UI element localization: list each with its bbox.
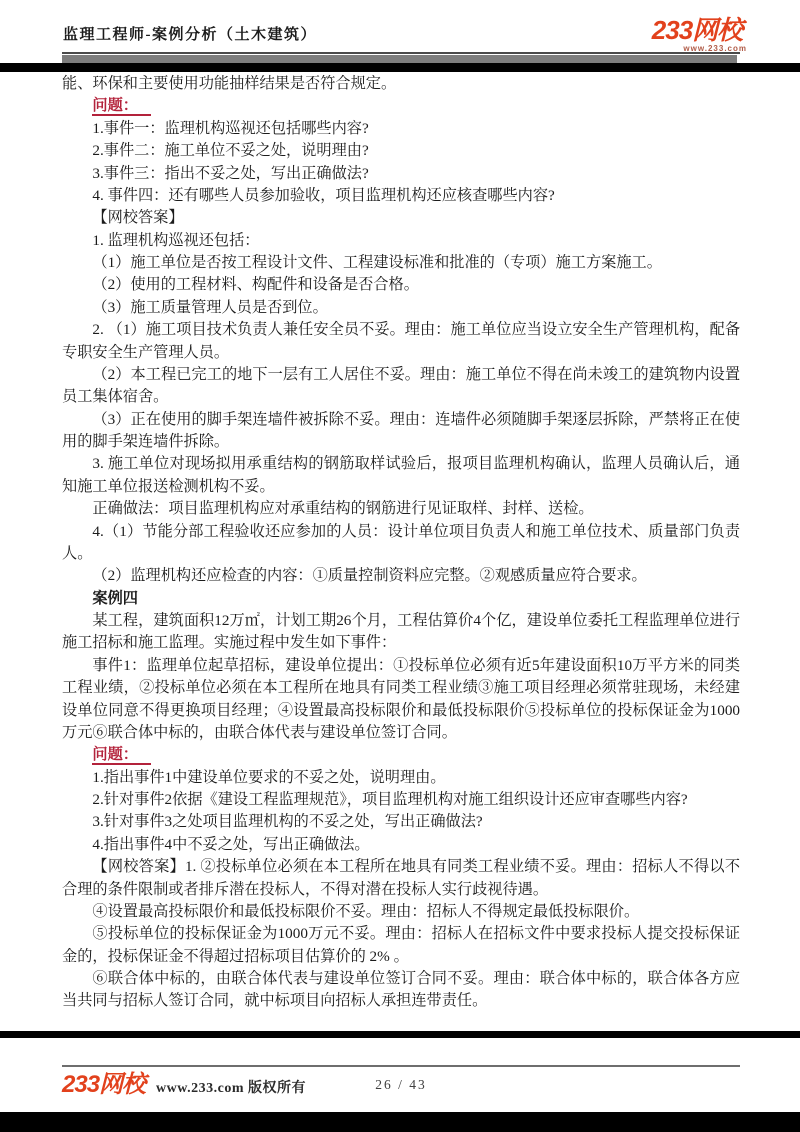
paragraph: 4. 事件四：还有哪些人员参加验收，项目监理机构还应核查哪些内容? — [62, 185, 740, 207]
question-heading-label: 问题： — [92, 746, 151, 765]
paragraph: 事件1：监理单位起草招标，建设单位提出：①投标单位必须有近5年建设面积10万平方… — [62, 655, 740, 745]
paragraph: 1. 监理机构巡视还包括： — [62, 230, 740, 252]
paragraph: 3.事件三：指出不妥之处，写出正确做法? — [62, 163, 740, 185]
footer-rule — [62, 1065, 740, 1067]
paragraph: 2.事件二：施工单位不妥之处，说明理由? — [62, 140, 740, 162]
paragraph: 1.指出事件1中建设单位要求的不妥之处，说明理由。 — [62, 767, 740, 789]
paragraph: ④设置最高投标限价和最低投标限价不妥。理由：招标人不得规定最低投标限价。 — [62, 901, 740, 923]
page-number-indicator: 26 / 43 — [62, 1077, 740, 1093]
paragraph: （2）监理机构还应检查的内容：①质量控制资料应完整。②观感质量应符合要求。 — [62, 565, 740, 587]
paragraph: （2）本工程已完工的地下一层有工人居住不妥。理由：施工单位不得在尚未竣工的建筑物… — [62, 364, 740, 409]
header-black-bar — [0, 63, 800, 72]
question-heading: 问题： — [62, 95, 740, 117]
document-body: 能、环保和主要使用功能抽样结果是否符合规定。问题：1.事件一：监理机构巡视还包括… — [62, 73, 740, 1013]
paragraph: （3）施工质量管理人员是否到位。 — [62, 297, 740, 319]
paragraph: ⑥联合体中标的，由联合体代表与建设单位签订合同不妥。理由：联合体中标的，联合体各… — [62, 968, 740, 1013]
paragraph: 正确做法：项目监理机构应对承重结构的钢筋进行见证取样、封样、送检。 — [62, 498, 740, 520]
paragraph: （3）正在使用的脚手架连墙件被拆除不妥。理由：连墙件必须随脚手架逐层拆除，严禁将… — [62, 409, 740, 454]
paragraph: ⑤投标单位的投标保证金为1000万元不妥。理由：招标人在招标文件中要求投标人提交… — [62, 923, 740, 968]
case-title: 案例四 — [62, 588, 740, 610]
paragraph: 某工程，建筑面积12万㎡，计划工期26个月，工程估算价4个亿，建设单位委托工程监… — [62, 610, 740, 655]
brand-logo-text: 233网校 — [647, 17, 747, 43]
paragraph: 1.事件一：监理机构巡视还包括哪些内容? — [62, 118, 740, 140]
paragraph: 4.（1）节能分部工程验收还应参加的人员：设计单位项目负责人和施工单位技术、质量… — [62, 521, 740, 566]
page-title: 监理工程师-案例分析（土木建筑） — [63, 23, 317, 44]
paragraph: 【网校答案】1. ②投标单位必须在本工程所在地具有同类工程业绩不妥。理由：招标人… — [62, 856, 740, 901]
paragraph: 4.指出事件4中不妥之处，写出正确做法。 — [62, 834, 740, 856]
document-page: 监理工程师-案例分析（土木建筑） 233网校 www.233.com 能、环保和… — [0, 0, 800, 1132]
page-footer: 233网校 www.233.com 版权所有 26 / 43 — [62, 1070, 740, 1106]
header-rule — [62, 52, 740, 54]
paragraph: 【网校答案】 — [62, 207, 740, 229]
footer-black-bar-upper — [0, 1031, 800, 1038]
header-gray-bar — [62, 55, 737, 63]
paragraph: 3. 施工单位对现场拟用承重结构的钢筋取样试验后，报项目监理机构确认，监理人员确… — [62, 453, 740, 498]
paragraph: 2.针对事件2依据《建设工程监理规范》，项目监理机构对施工组织设计还应审查哪些内… — [62, 789, 740, 811]
question-heading: 问题： — [62, 744, 740, 766]
question-heading-label: 问题： — [92, 97, 151, 116]
paragraph: 2. （1）施工项目技术负责人兼任安全员不妥。理由：施工单位应当设立安全生产管理… — [62, 319, 740, 364]
paragraph: 3.针对事件3之处项目监理机构的不妥之处，写出正确做法? — [62, 811, 740, 833]
paragraph: （1）施工单位是否按工程设计文件、工程建设标准和批准的（专项）施工方案施工。 — [62, 252, 740, 274]
brand-logo: 233网校 www.233.com — [647, 17, 747, 53]
paragraph: 能、环保和主要使用功能抽样结果是否符合规定。 — [62, 73, 740, 95]
footer-black-bar-bottom — [0, 1112, 800, 1132]
paragraph: （2）使用的工程材料、构配件和设备是否合格。 — [62, 274, 740, 296]
